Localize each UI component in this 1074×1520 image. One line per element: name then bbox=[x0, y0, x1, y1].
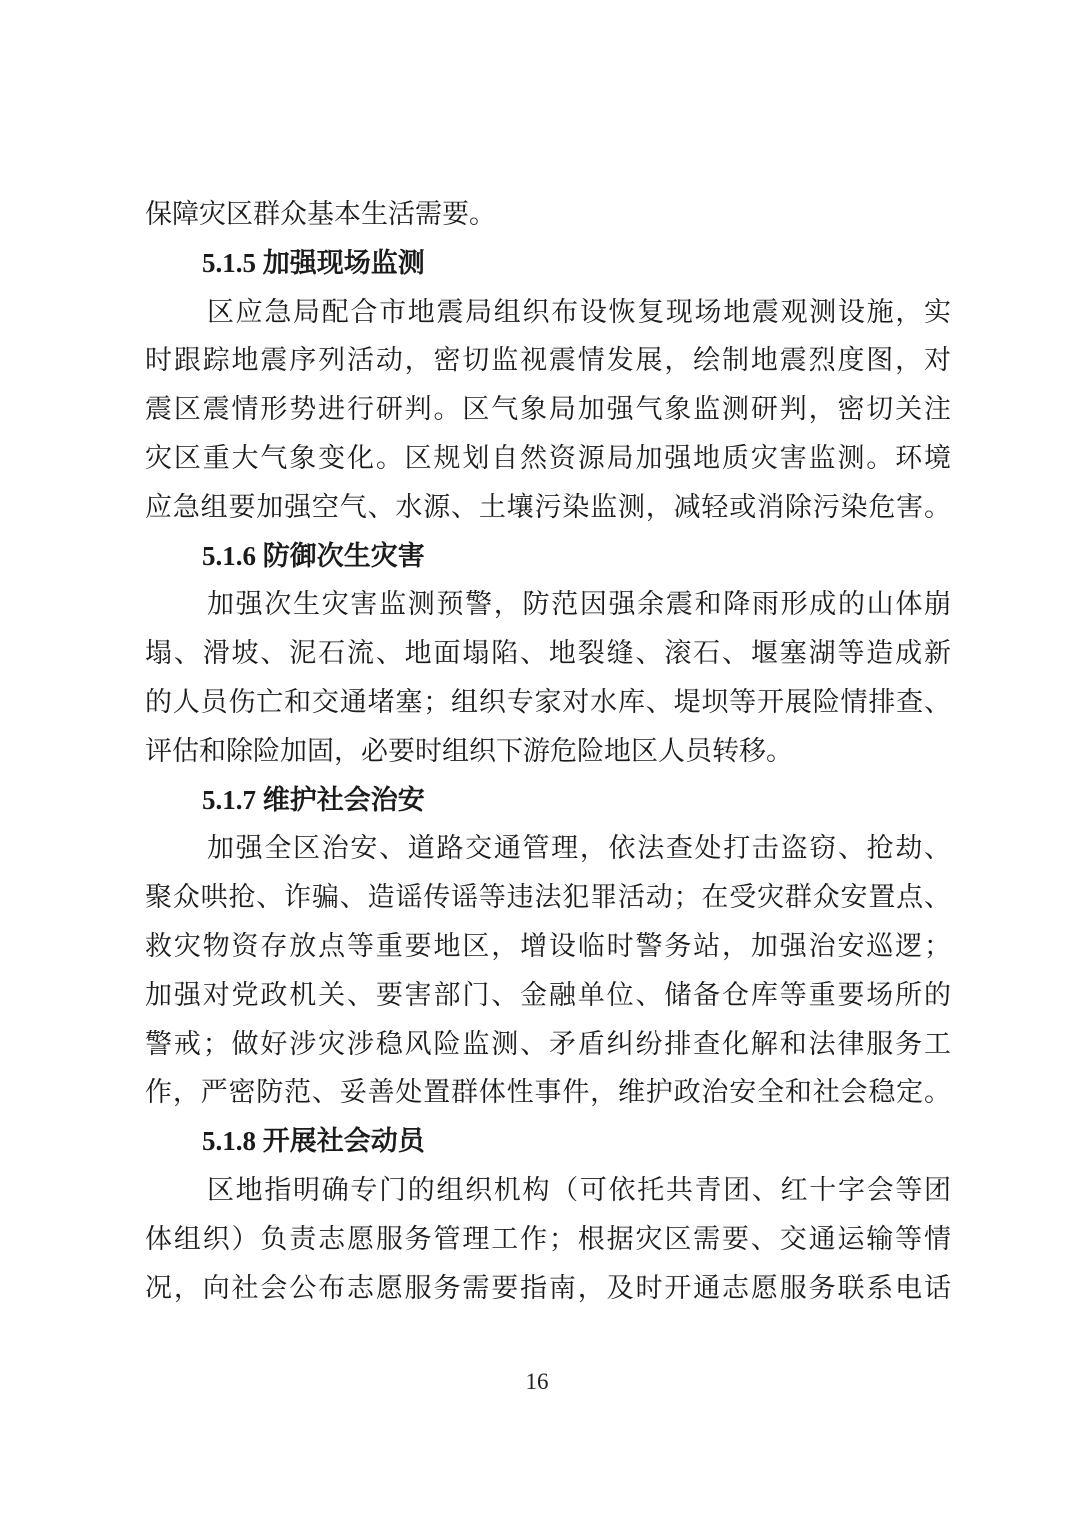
text-line: 震区震情形势进行研判。区气象局加强气象监测研判，密切关注 bbox=[145, 385, 951, 434]
text-line: 警戒；做好涉灾涉稳风险监测、矛盾纠纷排查化解和法律服务工 bbox=[145, 1020, 951, 1069]
section-heading: 5.1.6 防御次生灾害 bbox=[145, 532, 951, 581]
text-line: 区地指明确专门的组织机构（可依托共青团、红十字会等团 bbox=[145, 1166, 951, 1215]
text-line: 救灾物资存放点等重要地区，增设临时警务站，加强治安巡逻； bbox=[145, 922, 951, 971]
text-line: 况，向社会公布志愿服务需要指南，及时开通志愿服务联系电话 bbox=[145, 1264, 951, 1313]
page-footer: 16 bbox=[0, 1369, 1074, 1395]
text-line: 应急组要加强空气、水源、土壤污染监测，减轻或消除污染危害。 bbox=[145, 483, 951, 532]
text-line: 加强次生灾害监测预警，防范因强余震和降雨形成的山体崩 bbox=[145, 580, 951, 629]
section-heading: 5.1.8 开展社会动员 bbox=[145, 1117, 951, 1166]
text-line: 评估和除险加固，必要时组织下游危险地区人员转移。 bbox=[145, 727, 951, 776]
text-line: 作，严密防范、妥善处置群体性事件，维护政治安全和社会稳定。 bbox=[145, 1068, 951, 1117]
text-line: 加强对党政机关、要害部门、金融单位、储备仓库等重要场所的 bbox=[145, 971, 951, 1020]
section-heading: 5.1.5 加强现场监测 bbox=[145, 239, 951, 288]
text-line: 体组织）负责志愿服务管理工作；根据灾区需要、交通运输等情 bbox=[145, 1215, 951, 1264]
text-line: 时跟踪地震序列活动，密切监视震情发展，绘制地震烈度图，对 bbox=[145, 336, 951, 385]
section-heading: 5.1.7 维护社会治安 bbox=[145, 776, 951, 825]
text-line: 的人员伤亡和交通堵塞；组织专家对水库、堤坝等开展险情排查、 bbox=[145, 678, 951, 727]
page-number: 16 bbox=[526, 1369, 549, 1394]
document-page: 保障灾区群众基本生活需要。5.1.5 加强现场监测区应急局配合市地震局组织布设恢… bbox=[0, 0, 1074, 1520]
text-line: 聚众哄抢、诈骗、造谣传谣等违法犯罪活动；在受灾群众安置点、 bbox=[145, 873, 951, 922]
text-line: 灾区重大气象变化。区规划自然资源局加强地质灾害监测。环境 bbox=[145, 434, 951, 483]
text-line: 加强全区治安、道路交通管理，依法查处打击盗窃、抢劫、 bbox=[145, 824, 951, 873]
text-line: 塌、滑坡、泥石流、地面塌陷、地裂缝、滚石、堰塞湖等造成新 bbox=[145, 629, 951, 678]
text-line: 区应急局配合市地震局组织布设恢复现场地震观测设施，实 bbox=[145, 288, 951, 337]
text-block: 保障灾区群众基本生活需要。5.1.5 加强现场监测区应急局配合市地震局组织布设恢… bbox=[145, 190, 951, 1312]
text-line: 保障灾区群众基本生活需要。 bbox=[145, 190, 951, 239]
